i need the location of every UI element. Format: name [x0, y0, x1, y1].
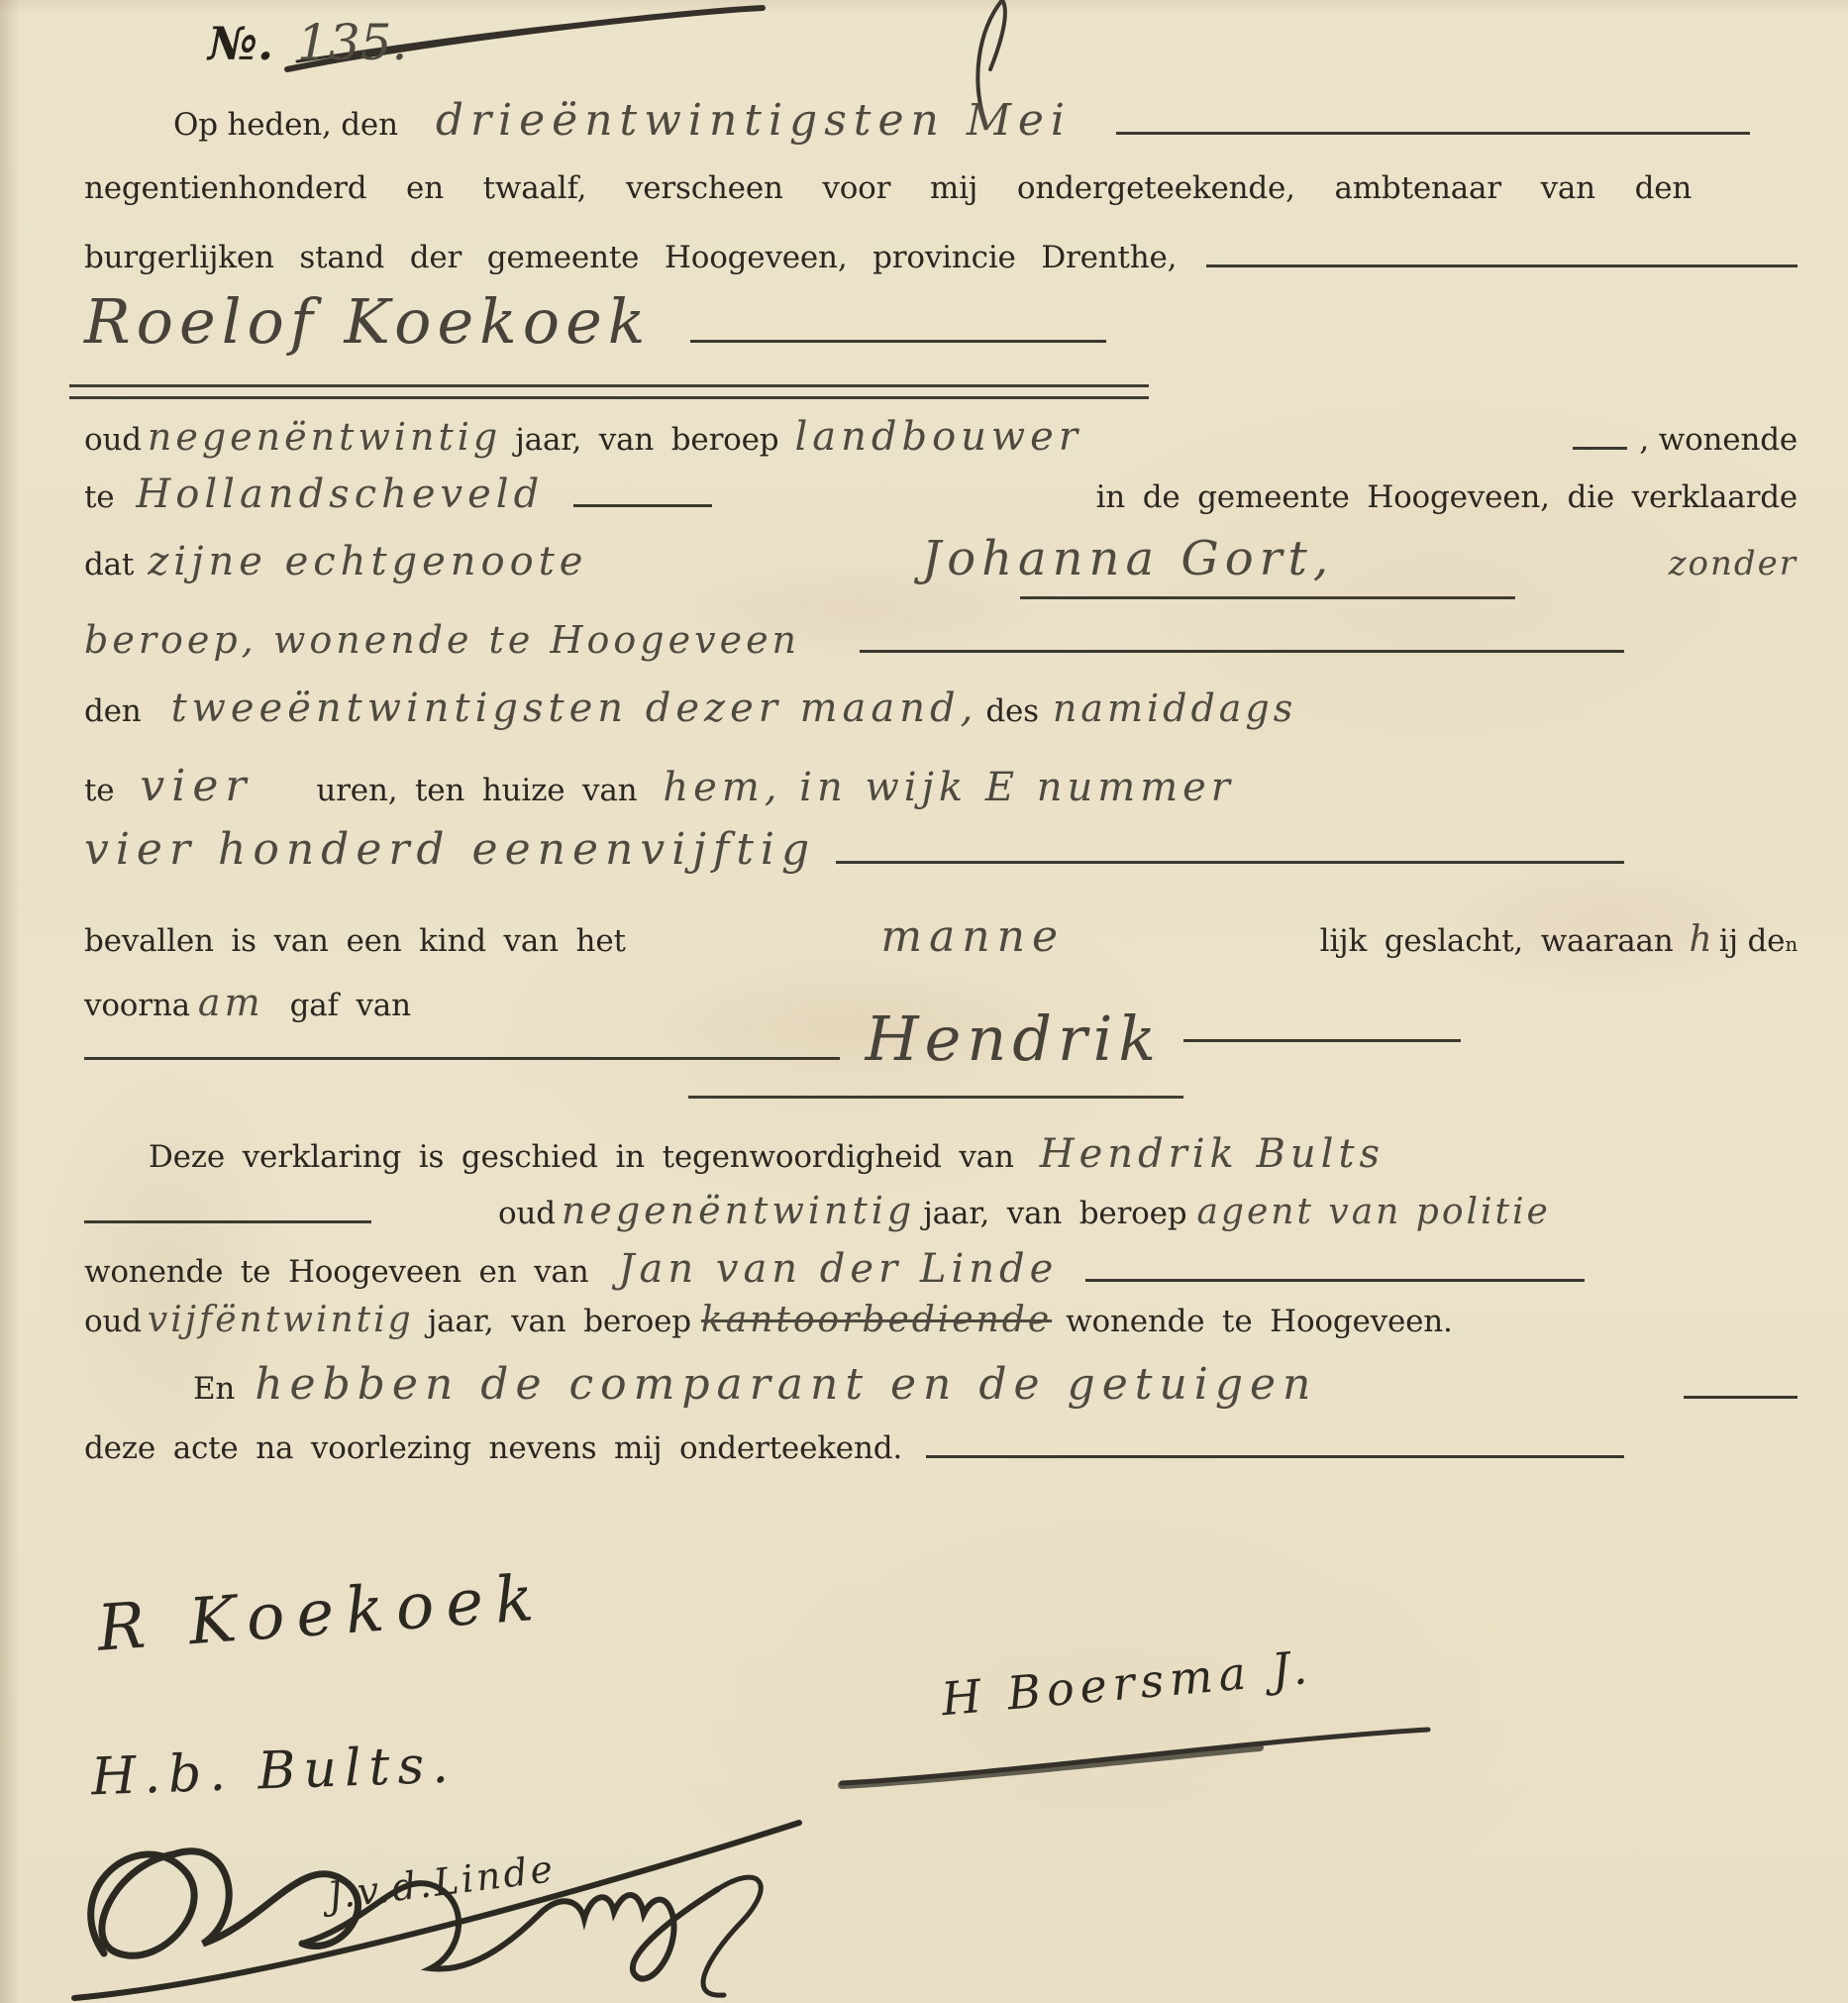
fill-dash: [1183, 1035, 1461, 1042]
fill-line: [1085, 1275, 1585, 1282]
hand-witness1-age: negenëntwintig: [562, 1189, 915, 1232]
hand-birth-day: tweeëntwintigsten dezer maand,: [171, 685, 978, 731]
line-gemeente: burgerlijken stand der gemeente Hoogevee…: [84, 240, 1797, 275]
hand-witness2-occupation: kantoorbediende: [701, 1300, 1052, 1340]
signature-declarant: R Koekoek: [95, 1561, 548, 1665]
fill-line: [84, 1053, 840, 1060]
hand-zonder: zonder: [1669, 544, 1797, 583]
print-uren: uren, ten huize van: [316, 773, 637, 808]
print-oud-2: oud: [498, 1196, 556, 1231]
line-closing-print: deze acte na voorlezing nevens mij onder…: [84, 1430, 1624, 1466]
line-closing-hand: En hebben de comparant en de getuigen: [84, 1359, 1797, 1410]
hand-date: drieëntwintigsten Mei: [436, 95, 1072, 146]
print-in-de-gemeente: in de gemeente Hoogeveen, die verklaarde: [1096, 479, 1797, 515]
line-witness1: Deze verklaring is geschied in tegenwoor…: [149, 1131, 1797, 1177]
print-year: negentienhonderd en twaalf, verscheen vo…: [84, 170, 1692, 206]
line-date: Op heden, den drieëntwintigsten Mei: [84, 95, 1797, 146]
fill-dash: [1573, 443, 1627, 450]
print-den: den: [84, 693, 142, 729]
hand-child-name: Hendrik: [866, 1002, 1162, 1075]
line-birth-hour: te vier uren, ten huize van hem, in wijk…: [84, 761, 1797, 811]
hand-mother-residence: beroep, wonende te Hoogeveen: [84, 618, 800, 662]
print-te: te: [84, 479, 114, 515]
print-gemeente: burgerlijken stand der gemeente Hoogevee…: [84, 240, 1177, 275]
fill-line: [926, 1451, 1624, 1458]
print-sub-n: n: [1785, 932, 1797, 956]
hand-witness2-age: vijfëntwintig: [148, 1300, 414, 1340]
fill-line: [1116, 128, 1750, 135]
line-declarant-residence: te Hollandscheveld in de gemeente Hoogev…: [84, 472, 1797, 517]
print-wonende-hoogeveen: wonende te Hoogeveen.: [1066, 1304, 1453, 1339]
page-left-edge-shadow: [0, 0, 20, 2003]
line-birth-day: den tweeëntwintigsten dezer maand, des n…: [84, 685, 1797, 731]
hand-mother-name: Johanna Gort,: [922, 531, 1334, 586]
fill-line: [690, 336, 1106, 343]
fill-line: [836, 857, 1624, 864]
birth-certificate-page: №. 135. Op heden, den drieëntwintigsten …: [0, 0, 1848, 2003]
hand-declarant-age: negenëntwintig: [148, 415, 501, 459]
hand-declarant-occupation: landbouwer: [794, 414, 1082, 460]
line-mother: dat zijne echtgenoote Johanna Gort, zond…: [84, 531, 1797, 586]
line-year: negentienhonderd en twaalf, verscheen vo…: [84, 170, 1797, 206]
line-witness1-age: oud negenëntwintig jaar, van beroep agen…: [84, 1189, 1797, 1232]
print-jaar-beroep: jaar, van beroep: [515, 422, 778, 458]
declarant-underline: [69, 384, 1149, 399]
hand-witness1-occupation: agent van politie: [1196, 1192, 1550, 1232]
print-oud-3: oud: [84, 1304, 142, 1339]
fill-dash: [1684, 1392, 1797, 1399]
print-verklaring: Deze verklaring is geschied in tegenwoor…: [149, 1139, 1014, 1175]
print-jaar-beroep-3: jaar, van beroep: [428, 1304, 691, 1339]
hand-witness1-name: Hendrik Bults: [1040, 1131, 1385, 1177]
fill-dash: [84, 1216, 371, 1223]
print-wonende: , wonende: [1639, 422, 1797, 458]
child-name-underline: [688, 1096, 1183, 1099]
print-onderteekend: deze acte na voorlezing nevens mij onder…: [84, 1430, 902, 1466]
print-te-2: te: [84, 773, 114, 808]
hand-declarant-name: Roelof Koekoek: [84, 285, 651, 358]
print-op-heden: Op heden, den: [173, 107, 398, 143]
line-declarant-age-occupation: oud negenëntwintig jaar, van beroep land…: [84, 414, 1797, 460]
line-child-gender: bevallen is van een kind van het manne l…: [84, 911, 1797, 962]
record-number-row: №. 135.: [208, 14, 407, 71]
print-ij-de: ij de: [1719, 923, 1786, 959]
fill-dash: [573, 500, 712, 507]
line-mother-residence: beroep, wonende te Hoogeveen: [84, 618, 1624, 662]
fill-line: [1206, 261, 1797, 267]
line-witness2-age: oud vijfëntwintig jaar, van beroep kanto…: [84, 1300, 1797, 1340]
print-bevallen: bevallen is van een kind van het: [84, 923, 626, 959]
hand-gender: manne: [880, 911, 1065, 962]
line-witness2: wonende te Hoogeveen en van Jan van der …: [84, 1246, 1585, 1292]
print-en: En: [193, 1371, 235, 1407]
hand-house-number: vier honderd eenenvijftig: [84, 824, 816, 875]
print-wonende-en-van: wonende te Hoogeveen en van: [84, 1254, 588, 1290]
print-dat: dat: [84, 547, 134, 582]
line-child-name: Hendrik: [84, 1002, 1461, 1075]
fill-line: [860, 646, 1624, 653]
hand-echtgenoote: zijne echtgenoote: [148, 539, 587, 584]
line-house-number: vier honderd eenenvijftig: [84, 824, 1624, 875]
record-number-label: №.: [208, 17, 273, 70]
hand-h: h: [1690, 919, 1715, 960]
hand-closing: hebben de comparant en de getuigen: [255, 1359, 1317, 1410]
hand-daypart: namiddags: [1053, 686, 1296, 730]
hand-birth-hour: vier: [140, 761, 253, 811]
mother-underline: [1020, 596, 1515, 599]
line-declarant-name: Roelof Koekoek: [84, 285, 1797, 358]
hand-declarant-place: Hollandscheveld: [136, 472, 544, 517]
print-geslacht: lijk geslacht, waaraan: [1320, 923, 1674, 959]
hand-house: hem, in wijk E nummer: [663, 765, 1235, 810]
print-jaar-beroep-2: jaar, van beroep: [923, 1196, 1186, 1231]
signature-registrar: H Boersma J.: [939, 1640, 1314, 1727]
hand-witness2-name: Jan van der Linde: [618, 1246, 1058, 1292]
print-oud: oud: [84, 422, 142, 458]
record-number-value: 135.: [297, 14, 407, 71]
print-des: des: [985, 693, 1039, 729]
registrar-signature-flourish: [834, 1726, 1438, 1795]
